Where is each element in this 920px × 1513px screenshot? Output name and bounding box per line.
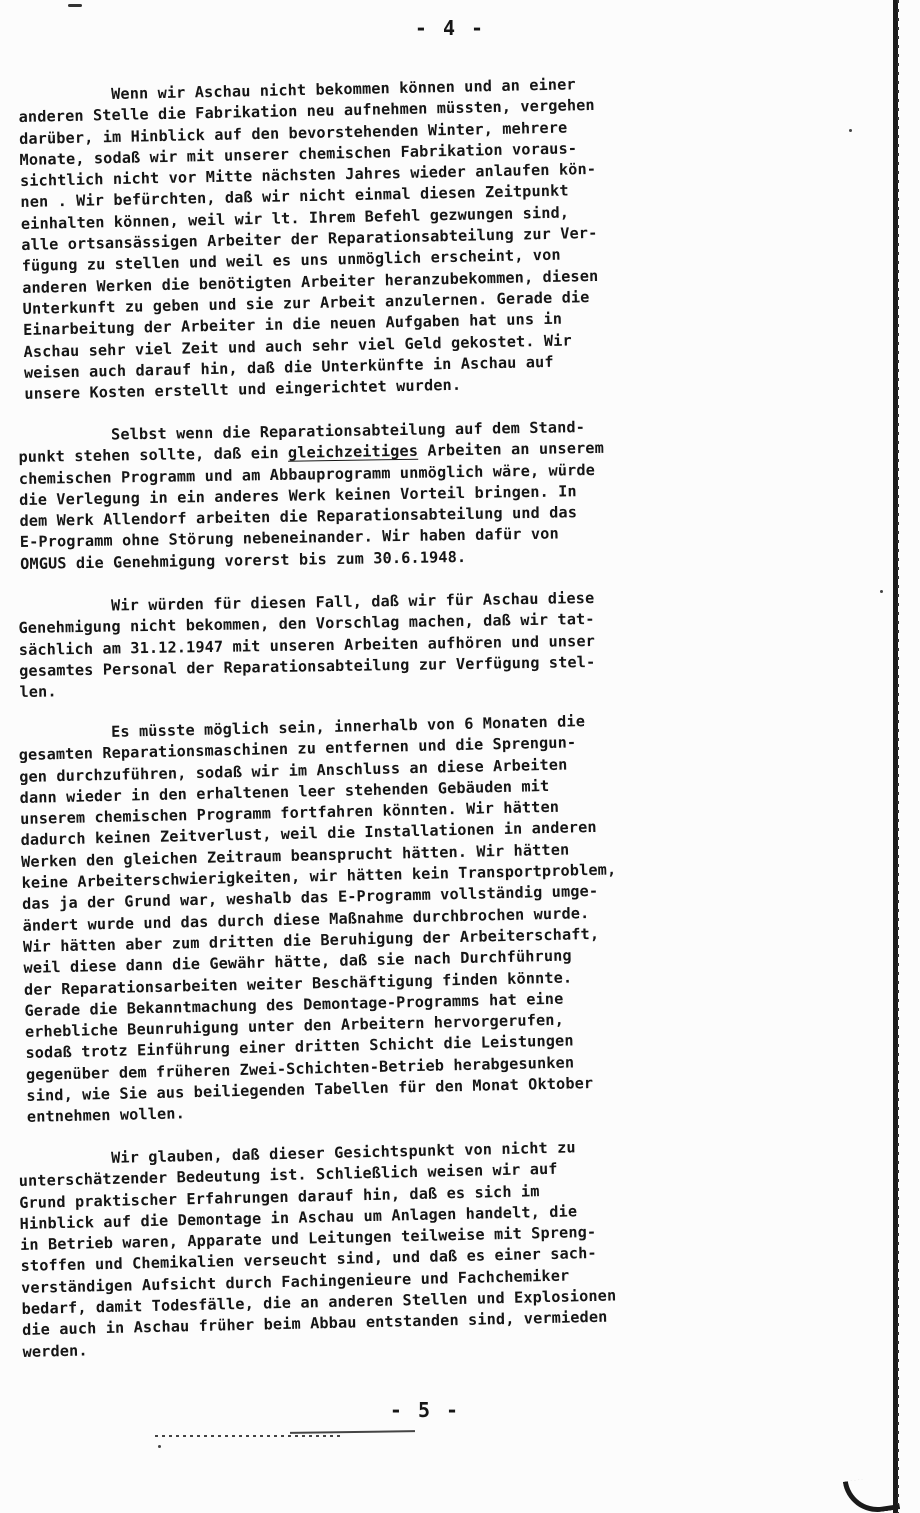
scan-speck <box>849 129 852 132</box>
paragraph: Wenn wir Aschau nicht bekommen können un… <box>18 68 894 406</box>
binding-edge <box>893 0 898 1513</box>
footer-divider <box>155 1435 340 1437</box>
document-page: - 4 - Wenn wir Aschau nicht bekommen kön… <box>0 0 920 1513</box>
binding-corner-mark <box>843 1474 900 1513</box>
paragraph: Wir würden für diesen Fall, daß wir für … <box>18 583 890 703</box>
page-number-top: - 4 - <box>0 16 910 40</box>
paragraph: Wir glauben, daß dieser Gesichtspunkt vo… <box>18 1130 893 1363</box>
letter-body: Wenn wir Aschau nicht bekommen können un… <box>18 86 888 1384</box>
page-number-bottom: - 5 - <box>0 1398 885 1422</box>
paragraph: Es müsste möglich sein, innerhalb von 6 … <box>18 704 897 1128</box>
footer-divider-line <box>290 1430 415 1434</box>
scan-mark <box>68 4 82 7</box>
underlined-phrase: gleichzeitiges <box>288 442 418 462</box>
scan-speck <box>158 1445 161 1448</box>
scan-speck <box>880 590 883 593</box>
paragraph: Selbst wenn die Reparationsabteilung auf… <box>18 413 890 576</box>
